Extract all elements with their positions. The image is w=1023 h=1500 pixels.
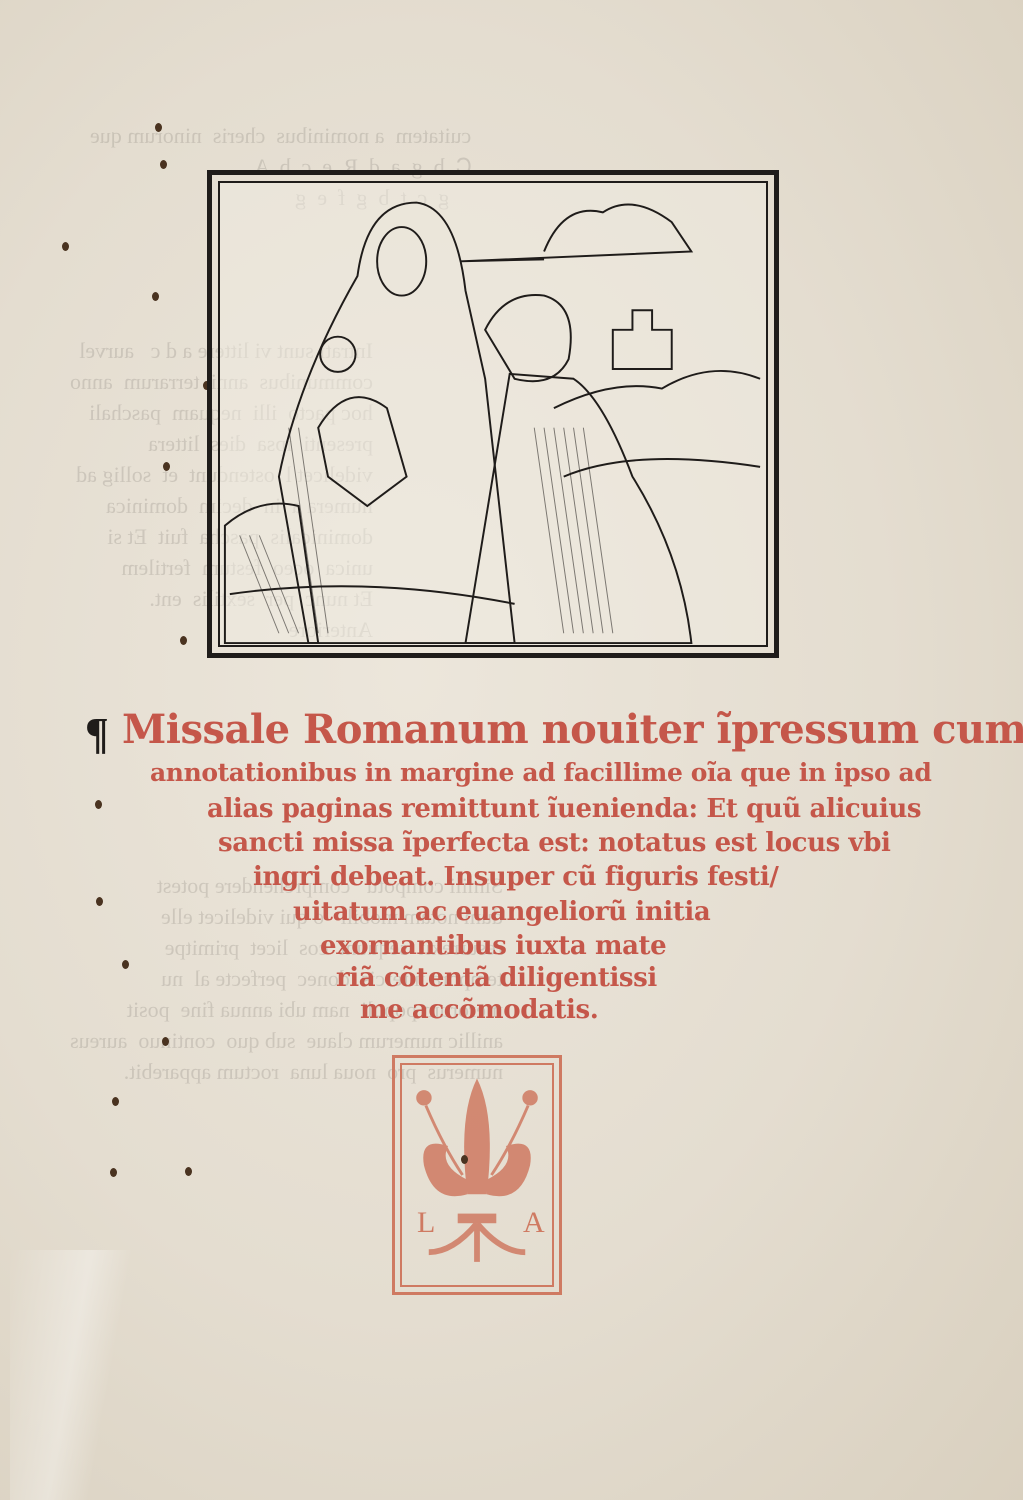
title-line-6: uitatum ac euangeliorũ initia (293, 897, 1023, 927)
wormhole (180, 636, 187, 645)
wormhole (461, 1155, 468, 1164)
title-line-7: exornantibus iuxta mate (320, 931, 1023, 961)
wormhole (96, 897, 103, 906)
pilcrow-icon: ¶ (85, 708, 109, 759)
wormhole (160, 160, 167, 169)
wormhole (110, 1168, 117, 1177)
title-line-3: alias paginas remittunt ĩuenienda: Et qu… (207, 794, 1023, 824)
wormhole (62, 242, 69, 251)
title-line-5: ingri debeat. Insuper cũ figuris festi/ (253, 862, 1023, 892)
wormhole (152, 292, 159, 301)
woodcut-scene-icon (220, 183, 766, 645)
title-line-8: riã cõtentã diligentissi (336, 963, 1023, 993)
wormhole (122, 960, 129, 969)
title-line-4: sancti missa ĩperfecta est: notatus est … (218, 828, 1023, 858)
woodcut-illustration (207, 170, 779, 658)
printer-initial-right: A (523, 1206, 545, 1240)
wormhole (155, 123, 162, 132)
wormhole (95, 800, 102, 809)
wormhole (163, 462, 170, 471)
fleur-de-lis-icon (395, 1058, 559, 1292)
wormhole (112, 1097, 119, 1106)
wormhole (162, 1037, 169, 1046)
printer-mark: L A (392, 1055, 562, 1295)
title-line-2: annotationibus in margine ad facillime o… (150, 758, 1023, 787)
wormhole (185, 1167, 192, 1176)
paper-crease (10, 1250, 170, 1500)
title-line-1: Missale Romanum nouiter ĩpressum cum (122, 706, 1023, 753)
title-line-9: me accõmodatis. (360, 995, 1023, 1025)
printer-initial-left: L (417, 1206, 435, 1240)
title-page: cuitatem a nominibus cheris ninorum que … (0, 0, 1023, 1500)
